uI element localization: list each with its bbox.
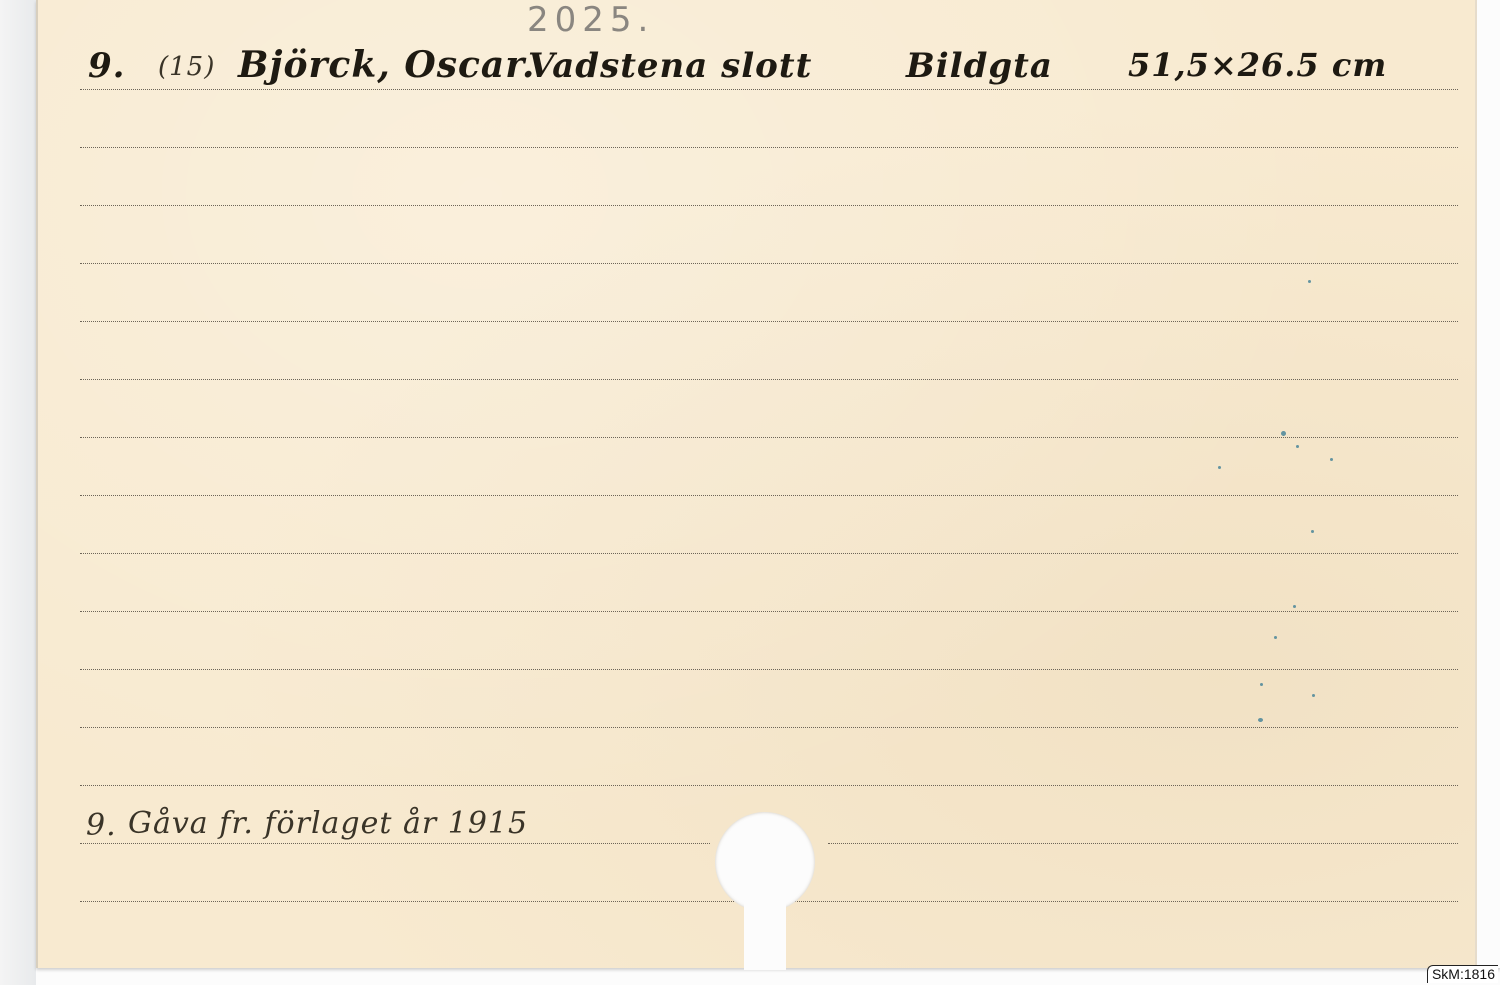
ink-speck <box>1281 431 1286 436</box>
artist-name: Björck, Oscar. <box>238 44 535 86</box>
ruled-line <box>80 495 1458 496</box>
ink-speck <box>1330 458 1333 461</box>
ink-speck <box>1258 718 1263 722</box>
ink-speck <box>1274 636 1277 639</box>
ruled-line <box>80 89 1458 90</box>
ruled-line <box>828 843 1458 844</box>
ruled-line <box>80 437 1458 438</box>
ruled-line <box>80 379 1458 380</box>
ink-speck <box>1308 280 1311 283</box>
ink-speck <box>1296 445 1299 448</box>
catalog-label: SkM:1816 <box>1427 965 1498 983</box>
scan-background-right <box>1475 0 1500 968</box>
ink-speck <box>1311 530 1314 533</box>
ruled-line <box>80 843 710 844</box>
ruled-line <box>788 901 1458 902</box>
ruled-line <box>80 321 1458 322</box>
ink-speck <box>1293 605 1296 608</box>
ink-speck <box>1218 466 1221 469</box>
ruled-line <box>80 611 1458 612</box>
category: Bildgta <box>906 46 1053 86</box>
ruled-line <box>80 727 1458 728</box>
ruled-line <box>80 901 748 902</box>
acquisition-note: Gåva fr. förlaget år 1915 <box>128 806 528 841</box>
note-number: 9. <box>86 808 117 843</box>
entry-number: 9. <box>88 46 126 86</box>
ruled-line <box>80 669 1458 670</box>
pencil-catalog-number: 2025. <box>527 0 654 40</box>
scan-background-left <box>0 0 36 985</box>
entry-paren-number: (15) <box>158 52 215 82</box>
dimensions: 51,5×26.5 cm <box>1128 46 1387 84</box>
card-file-slot <box>744 880 786 970</box>
artwork-title: Vadstena slott <box>528 46 812 86</box>
ruled-line <box>80 263 1458 264</box>
ink-speck <box>1312 694 1315 697</box>
ink-speck <box>1260 683 1263 686</box>
ruled-line <box>80 147 1458 148</box>
ruled-line <box>80 785 1458 786</box>
ruled-line <box>80 553 1458 554</box>
ruled-line <box>80 205 1458 206</box>
